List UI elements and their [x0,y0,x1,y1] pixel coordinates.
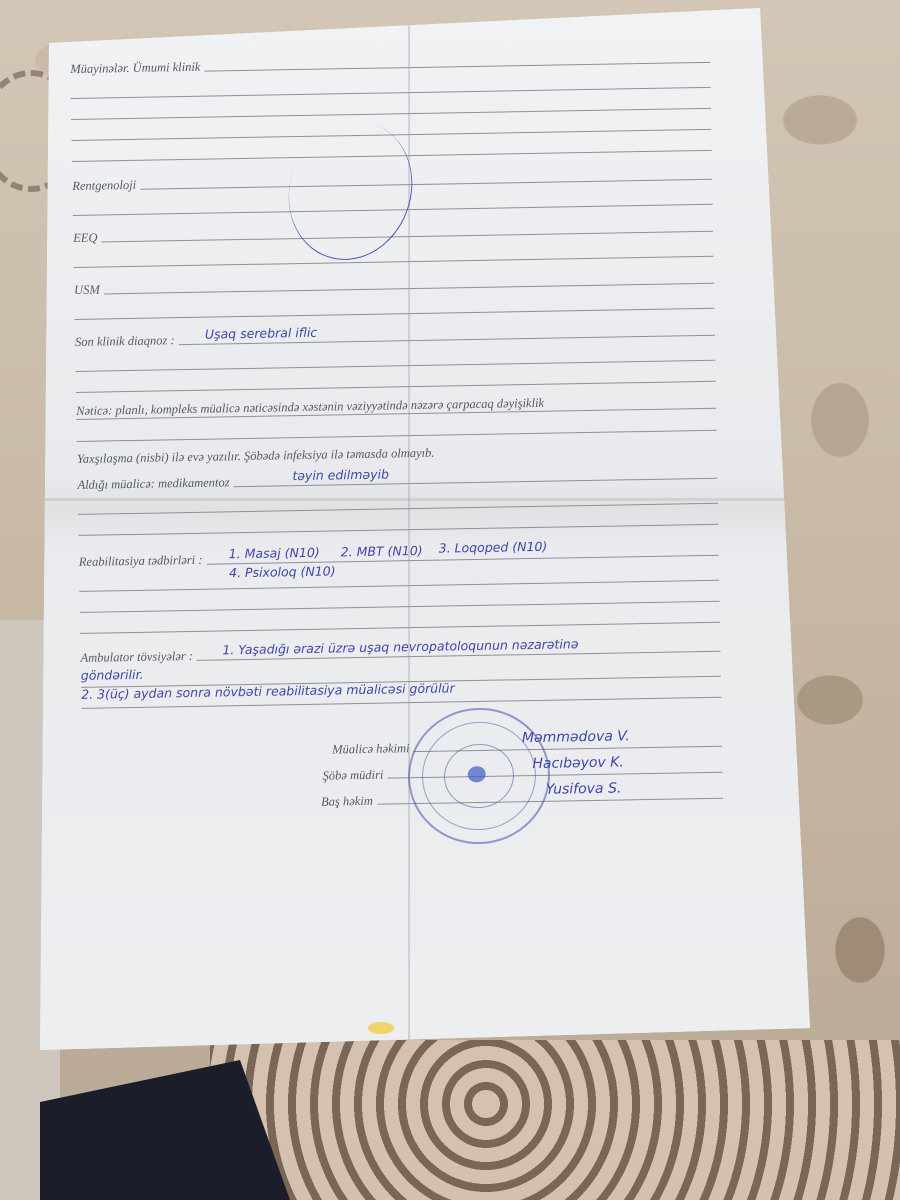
background-floral-fabric [210,1040,900,1200]
outpatient-line-2: göndərilir. [81,667,144,683]
eeg-label: EEQ [73,230,102,245]
diagnosis-value: Uşaq serebral iflic [205,325,318,342]
yellow-stain [368,1022,394,1034]
treatment-label: Aldığı müalicə: medikamentoz [77,475,233,493]
rehab-item-4: 4. Psixoloq (N10) [229,563,336,580]
outpatient-label: Ambulator tövsiyələr : [80,649,197,666]
ultrasound-label: USM [74,282,104,298]
attending-label: Müalicə həkimi [332,741,414,757]
diagnosis-label: Son klinik diaqnoz : [75,333,179,350]
result-label: Nəticə: planlı, kompleks müalicə nəticəs… [76,396,548,419]
treatment-value: təyin edilməyib [292,466,389,483]
rehab-item-1: 1. Masaj (N10) [229,545,320,562]
rehab-item-2: 2. MBT (N10) [341,543,423,559]
examinations-label: Müayinələr. Ümumi klinik [70,60,204,77]
rehab-label: Reabilitasiya tədbirləri : [79,553,207,570]
rehab-item-3: 3. Loqoped (N10) [439,539,548,556]
head-dept-label: Şöbə müdiri [322,768,387,784]
chief-name: Yusifova S. [546,780,622,797]
chief-label: Baş həkim [321,794,377,810]
xray-label: Rentgenoloji [72,178,140,194]
result-statement: Yaxşılaşma (nisbi) ilə evə yazılır. Şöbə… [77,446,435,467]
